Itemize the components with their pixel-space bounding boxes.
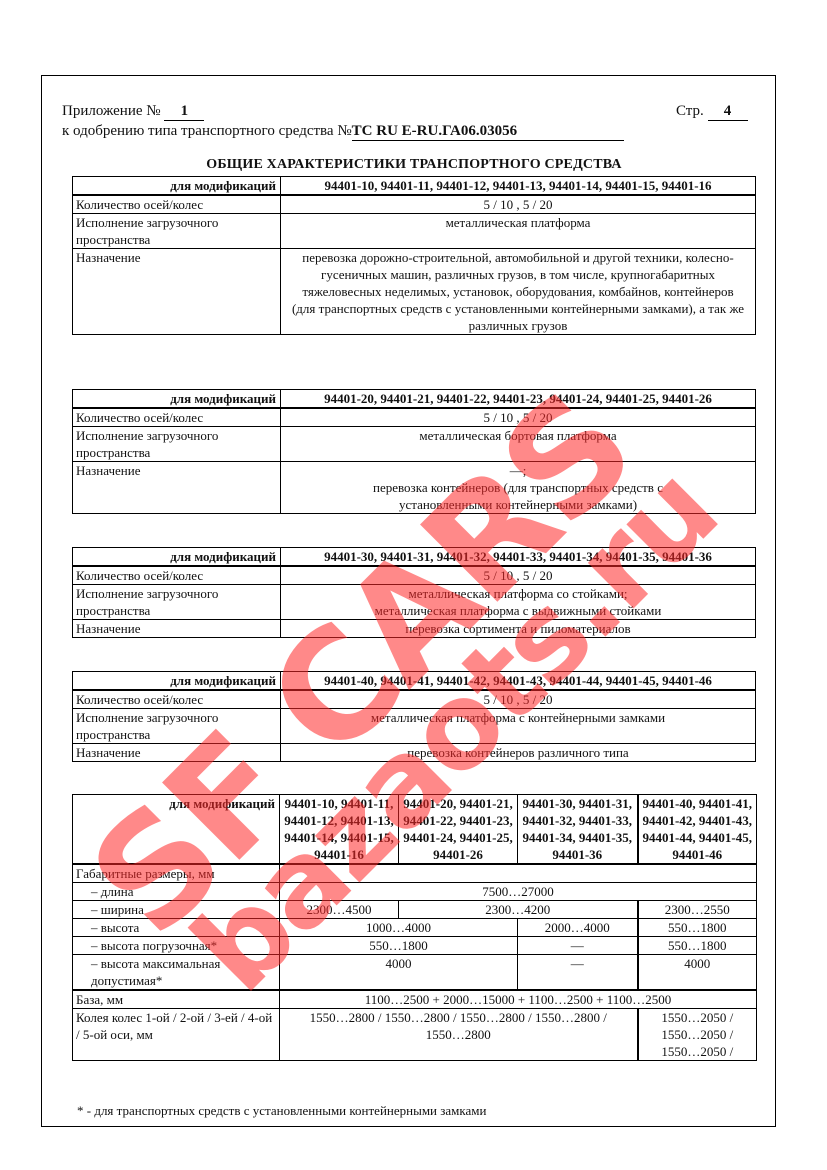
load-height-g12: 550…1800 <box>280 937 518 955</box>
row-value: 5 / 10 , 5 / 20 <box>281 566 756 585</box>
length-value: 7500…27000 <box>280 883 757 901</box>
row-label: Назначение <box>73 249 281 335</box>
mod-values: 94401-40, 94401-41, 94401-42, 94401-43, … <box>281 672 756 691</box>
approval-line: к одобрению типа транспортного средства … <box>62 122 624 141</box>
row-label: Исполнение загрузочного пространства <box>73 709 281 744</box>
row-value: —; перевозка контейнеров (для транспортн… <box>281 462 756 514</box>
wheelbase-label: База, мм <box>73 990 280 1009</box>
row-label: Назначение <box>73 744 281 762</box>
value-line: —; <box>284 462 752 479</box>
load-height-g3: — <box>518 937 638 955</box>
mod-label: для модификаций <box>73 390 281 409</box>
mod-values: 94401-10, 94401-11, 94401-12, 94401-13, … <box>281 177 756 196</box>
row-value: металлическая платформа со стойками; мет… <box>281 585 756 620</box>
value-line: металлическая платформа со стойками; <box>284 585 752 602</box>
row-label: Количество осей/колес <box>73 195 281 214</box>
row-value: перевозка сортимента и пиломатериалов <box>281 620 756 638</box>
load-height-label: – высота погрузочная* <box>73 937 280 955</box>
spec-table-2: для модификаций 94401-20, 94401-21, 9440… <box>72 389 756 514</box>
height-label: – высота <box>73 919 280 937</box>
mod-group-3: 94401-30, 94401-31, 94401-32, 94401-33, … <box>518 795 638 865</box>
height-g12: 1000…4000 <box>280 919 518 937</box>
row-label: Количество осей/колес <box>73 408 281 427</box>
footnote: * - для транспортных средств с установле… <box>77 1103 486 1119</box>
row-value: 5 / 10 , 5 / 20 <box>281 690 756 709</box>
max-height-label: – высота максимальная допустимая* <box>73 955 280 991</box>
row-value: металлическая платформа с контейнерными … <box>281 709 756 744</box>
mod-group-2: 94401-20, 94401-21, 94401-22, 94401-23, … <box>399 795 518 865</box>
max-height-g3: — <box>518 955 638 991</box>
track-g123: 1550…2800 / 1550…2800 / 1550…2800 / 1550… <box>280 1009 638 1061</box>
spec-table-1: для модификаций 94401-10, 94401-11, 9440… <box>72 176 756 335</box>
appendix-number: 1 <box>164 102 204 121</box>
width-g23: 2300…4200 <box>399 901 638 919</box>
page-label: Стр. <box>676 103 704 119</box>
value-line: металлическая платформа с выдвижными сто… <box>284 602 752 619</box>
page-line: Стр. 4 <box>676 102 748 121</box>
row-label: Количество осей/колес <box>73 690 281 709</box>
row-value: перевозка дорожно-строительной, автомоби… <box>281 249 756 335</box>
mod-group-4: 94401-40, 94401-41, 94401-42, 94401-43, … <box>638 795 757 865</box>
mod-label: для модификаций <box>73 548 281 567</box>
page-title: ОБЩИЕ ХАРАКТЕРИСТИКИ ТРАНСПОРТНОГО СРЕДС… <box>72 157 756 173</box>
empty-cell <box>280 864 757 883</box>
spec-table-3: для модификаций 94401-30, 94401-31, 9440… <box>72 547 756 638</box>
height-g3: 2000…4000 <box>518 919 638 937</box>
row-value: перевозка контейнеров различного типа <box>281 744 756 762</box>
length-label: – длина <box>73 883 280 901</box>
mod-label: для модификаций <box>73 672 281 691</box>
row-label: Исполнение загрузочного пространства <box>73 585 281 620</box>
row-value: 5 / 10 , 5 / 20 <box>281 195 756 214</box>
appendix-line: Приложение № 1 <box>62 102 204 121</box>
max-height-g12: 4000 <box>280 955 518 991</box>
width-label: – ширина <box>73 901 280 919</box>
value-line: перевозка контейнеров (для транспортных … <box>284 479 752 513</box>
height-g4: 550…1800 <box>638 919 757 937</box>
load-height-g4: 550…1800 <box>638 937 757 955</box>
max-height-g4: 4000 <box>638 955 757 991</box>
page-number: 4 <box>708 102 748 121</box>
row-value: металлическая бортовая платформа <box>281 427 756 462</box>
row-label: Исполнение загрузочного пространства <box>73 214 281 249</box>
spec-table-4: для модификаций 94401-40, 94401-41, 9440… <box>72 671 756 762</box>
dimensions-table: для модификаций 94401-10, 94401-11, 9440… <box>72 794 757 1061</box>
row-value: 5 / 10 , 5 / 20 <box>281 408 756 427</box>
row-value: металлическая платформа <box>281 214 756 249</box>
section-label: Габаритные размеры, мм <box>73 864 280 883</box>
approval-label: к одобрению типа транспортного средства … <box>62 123 352 139</box>
mod-values: 94401-30, 94401-31, 94401-32, 94401-33, … <box>281 548 756 567</box>
row-label: Исполнение загрузочного пространства <box>73 427 281 462</box>
mod-group-1: 94401-10, 94401-11, 94401-12, 94401-13, … <box>280 795 399 865</box>
track-g4: 1550…2050 / 1550…2050 / 1550…2050 / <box>638 1009 757 1061</box>
row-label: Назначение <box>73 462 281 514</box>
row-label: Количество осей/колес <box>73 566 281 585</box>
row-label: Назначение <box>73 620 281 638</box>
approval-number: ТС RU E-RU.ГА06.03056 <box>352 122 624 141</box>
mod-values: 94401-20, 94401-21, 94401-22, 94401-23, … <box>281 390 756 409</box>
mod-label: для модификаций <box>73 795 280 865</box>
appendix-label: Приложение № <box>62 103 161 119</box>
width-g1: 2300…4500 <box>280 901 399 919</box>
track-label: Колея колес 1-ой / 2-ой / 3-ей / 4-ой / … <box>73 1009 280 1061</box>
wheelbase-value: 1100…2500 + 2000…15000 + 1100…2500 + 110… <box>280 990 757 1009</box>
mod-label: для модификаций <box>73 177 281 196</box>
width-g4: 2300…2550 <box>638 901 757 919</box>
